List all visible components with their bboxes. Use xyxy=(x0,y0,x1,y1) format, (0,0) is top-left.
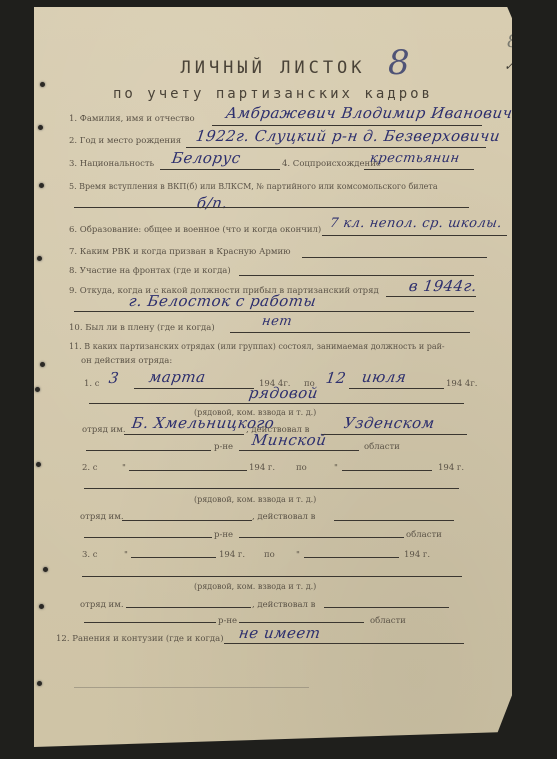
entry-3-to-label: по xyxy=(264,550,275,560)
field-6-value: 7 кл. непол. ср. школы. xyxy=(329,216,503,231)
entry-3-district-suffix: р-не xyxy=(218,616,237,626)
entry-1-region: Минской xyxy=(251,431,328,449)
field-2-value: 1922г. Слуцкий р-н д. Безверховичи xyxy=(195,127,502,145)
entry-2-region-line xyxy=(239,537,404,538)
punch-hole xyxy=(39,183,44,188)
field-9-value: в 1944г. xyxy=(408,277,479,295)
field-4-label: 4. Соцпроисхождение xyxy=(282,159,381,169)
entry-3-acted-label: , действовал в xyxy=(252,600,315,610)
field-10-value: нет xyxy=(261,314,293,329)
field-11-label: 11. В каких партизанских отрядах (или гр… xyxy=(69,342,445,351)
document-title: ЛИЧНЫЙ ЛИСТОК xyxy=(34,58,512,78)
field-3-label: 3. Национальность xyxy=(69,159,154,169)
entry-2-region-suffix: области xyxy=(406,530,442,540)
field-12-line xyxy=(224,643,464,644)
entry-2-to-year: 194 г. xyxy=(438,463,464,473)
entry-1-unit-label: отряд им. xyxy=(82,425,126,435)
entry-1-to-month: июля xyxy=(361,368,408,386)
entry-2-position-line xyxy=(84,488,459,489)
entry-2-from-line xyxy=(129,470,247,471)
entry-1-region-line xyxy=(239,450,359,451)
punch-hole xyxy=(36,462,41,467)
entry-3-region-suffix: области xyxy=(370,616,406,626)
field-9-line-2 xyxy=(74,311,474,312)
field-7-label: 7. Каким РВК и когда призван в Красную А… xyxy=(69,247,291,257)
document-subtitle: по учету партизанских кадров xyxy=(34,86,512,102)
document-sheet: ЛИЧНЫЙ ЛИСТОК по учету партизанских кадр… xyxy=(34,7,512,747)
entry-1-district-suffix-line xyxy=(86,450,211,451)
field-9-line xyxy=(386,296,476,297)
field-1-value: Амбражевич Влодимир Иванович xyxy=(225,104,514,122)
entry-1-to-day: 12 xyxy=(325,369,348,387)
entry-3-to-year: 194 г. xyxy=(404,550,430,560)
entry-1-from-line xyxy=(134,388,254,389)
field-11-label-2: он действия отряда: xyxy=(81,356,172,366)
field-3-value: Белорус xyxy=(171,149,242,167)
entry-1-from-month: марта xyxy=(148,368,207,386)
entry-1-district-suffix: р-не xyxy=(214,442,233,452)
field-1-line xyxy=(212,125,482,126)
check-mark: ✓ xyxy=(504,59,514,73)
center-number-mark: 8 xyxy=(388,43,410,83)
field-5-label: 5. Время вступления в ВКП(б) или ВЛКСМ, … xyxy=(69,182,438,191)
field-6-line xyxy=(322,235,507,236)
entry-2-to-line xyxy=(342,470,432,471)
entry-3-unit-label: отряд им. xyxy=(80,600,124,610)
entry-1-region-suffix: области xyxy=(364,442,400,452)
entry-3-num: 3. с xyxy=(82,550,98,560)
entry-2-position-hint: (рядовой, ком. взвода и т. д.) xyxy=(194,495,316,504)
entry-2-unit-label: отряд им. xyxy=(80,512,124,522)
entry-2-quote: " xyxy=(122,463,126,473)
entry-1-num: 1. с xyxy=(84,379,100,389)
entry-3-position-hint: (рядовой, ком. взвода и т. д.) xyxy=(194,582,316,591)
entry-2-num: 2. с xyxy=(82,463,98,473)
entry-1-district: Узденском xyxy=(343,414,436,432)
entry-3-region-line xyxy=(239,622,364,623)
entry-1-to-line xyxy=(349,388,444,389)
punch-hole xyxy=(35,387,40,392)
entry-3-from-year: 194 г. xyxy=(219,550,245,560)
entry-1-position: рядовой xyxy=(248,384,320,402)
field-12-label: 12. Ранения и контузии (где и когда) xyxy=(56,634,224,644)
corner-number-mark: 8 xyxy=(507,31,518,52)
entry-1-district-line xyxy=(322,434,467,435)
entry-1-to-year: 194 4г. xyxy=(446,379,478,389)
entry-3-quote: " xyxy=(124,550,128,560)
entry-3-to-line xyxy=(304,557,399,558)
field-4-value: крестьянин xyxy=(369,151,461,166)
entry-2-quote-2: " xyxy=(334,463,338,473)
field-5-line xyxy=(74,207,469,208)
punch-hole xyxy=(40,362,45,367)
entry-3-district-suffix-line xyxy=(84,622,216,623)
faint-trace-line xyxy=(74,687,309,688)
entry-2-from-year: 194 г. xyxy=(249,463,275,473)
field-8-line xyxy=(239,275,474,276)
field-4-line xyxy=(364,169,474,170)
entry-1-from-day: 3 xyxy=(108,369,121,387)
field-7-line xyxy=(302,257,487,258)
field-10-label: 10. Был ли в плену (где и когда) xyxy=(69,323,215,333)
field-12-value: не имеет xyxy=(238,624,322,642)
entry-2-unit-line xyxy=(122,520,252,521)
entry-1-position-line xyxy=(89,403,464,404)
field-2-line xyxy=(186,147,486,148)
entry-3-unit-line xyxy=(126,607,251,608)
punch-hole xyxy=(37,681,42,686)
entry-2-district-suffix: р-не xyxy=(214,530,233,540)
entry-2-acted-label: , действовал в xyxy=(252,512,315,522)
entry-3-district-line xyxy=(324,607,449,608)
entry-2-district-suffix-line xyxy=(84,537,212,538)
entry-1-unit-line xyxy=(124,434,244,435)
field-8-label: 8. Участие на фронтах (где и когда) xyxy=(69,266,231,276)
entry-2-district-line xyxy=(334,520,454,521)
punch-hole xyxy=(43,567,48,572)
entry-2-to-label: по xyxy=(296,463,307,473)
entry-3-quote-2: " xyxy=(296,550,300,560)
entry-3-position-line xyxy=(82,576,462,577)
field-9-value-2: г. Белосток с работы xyxy=(128,292,318,310)
punch-hole xyxy=(38,125,43,130)
field-2-label: 2. Год и место рождения xyxy=(69,136,181,146)
field-10-line xyxy=(230,332,470,333)
field-1-label: 1. Фамилия, имя и отчество xyxy=(69,114,195,124)
field-5-value: б/п. xyxy=(196,194,229,212)
entry-3-from-line xyxy=(131,557,216,558)
field-3-line xyxy=(160,169,280,170)
punch-hole xyxy=(37,256,42,261)
punch-hole xyxy=(39,604,44,609)
field-6-label: 6. Образование: общее и военное (что и к… xyxy=(69,225,321,235)
